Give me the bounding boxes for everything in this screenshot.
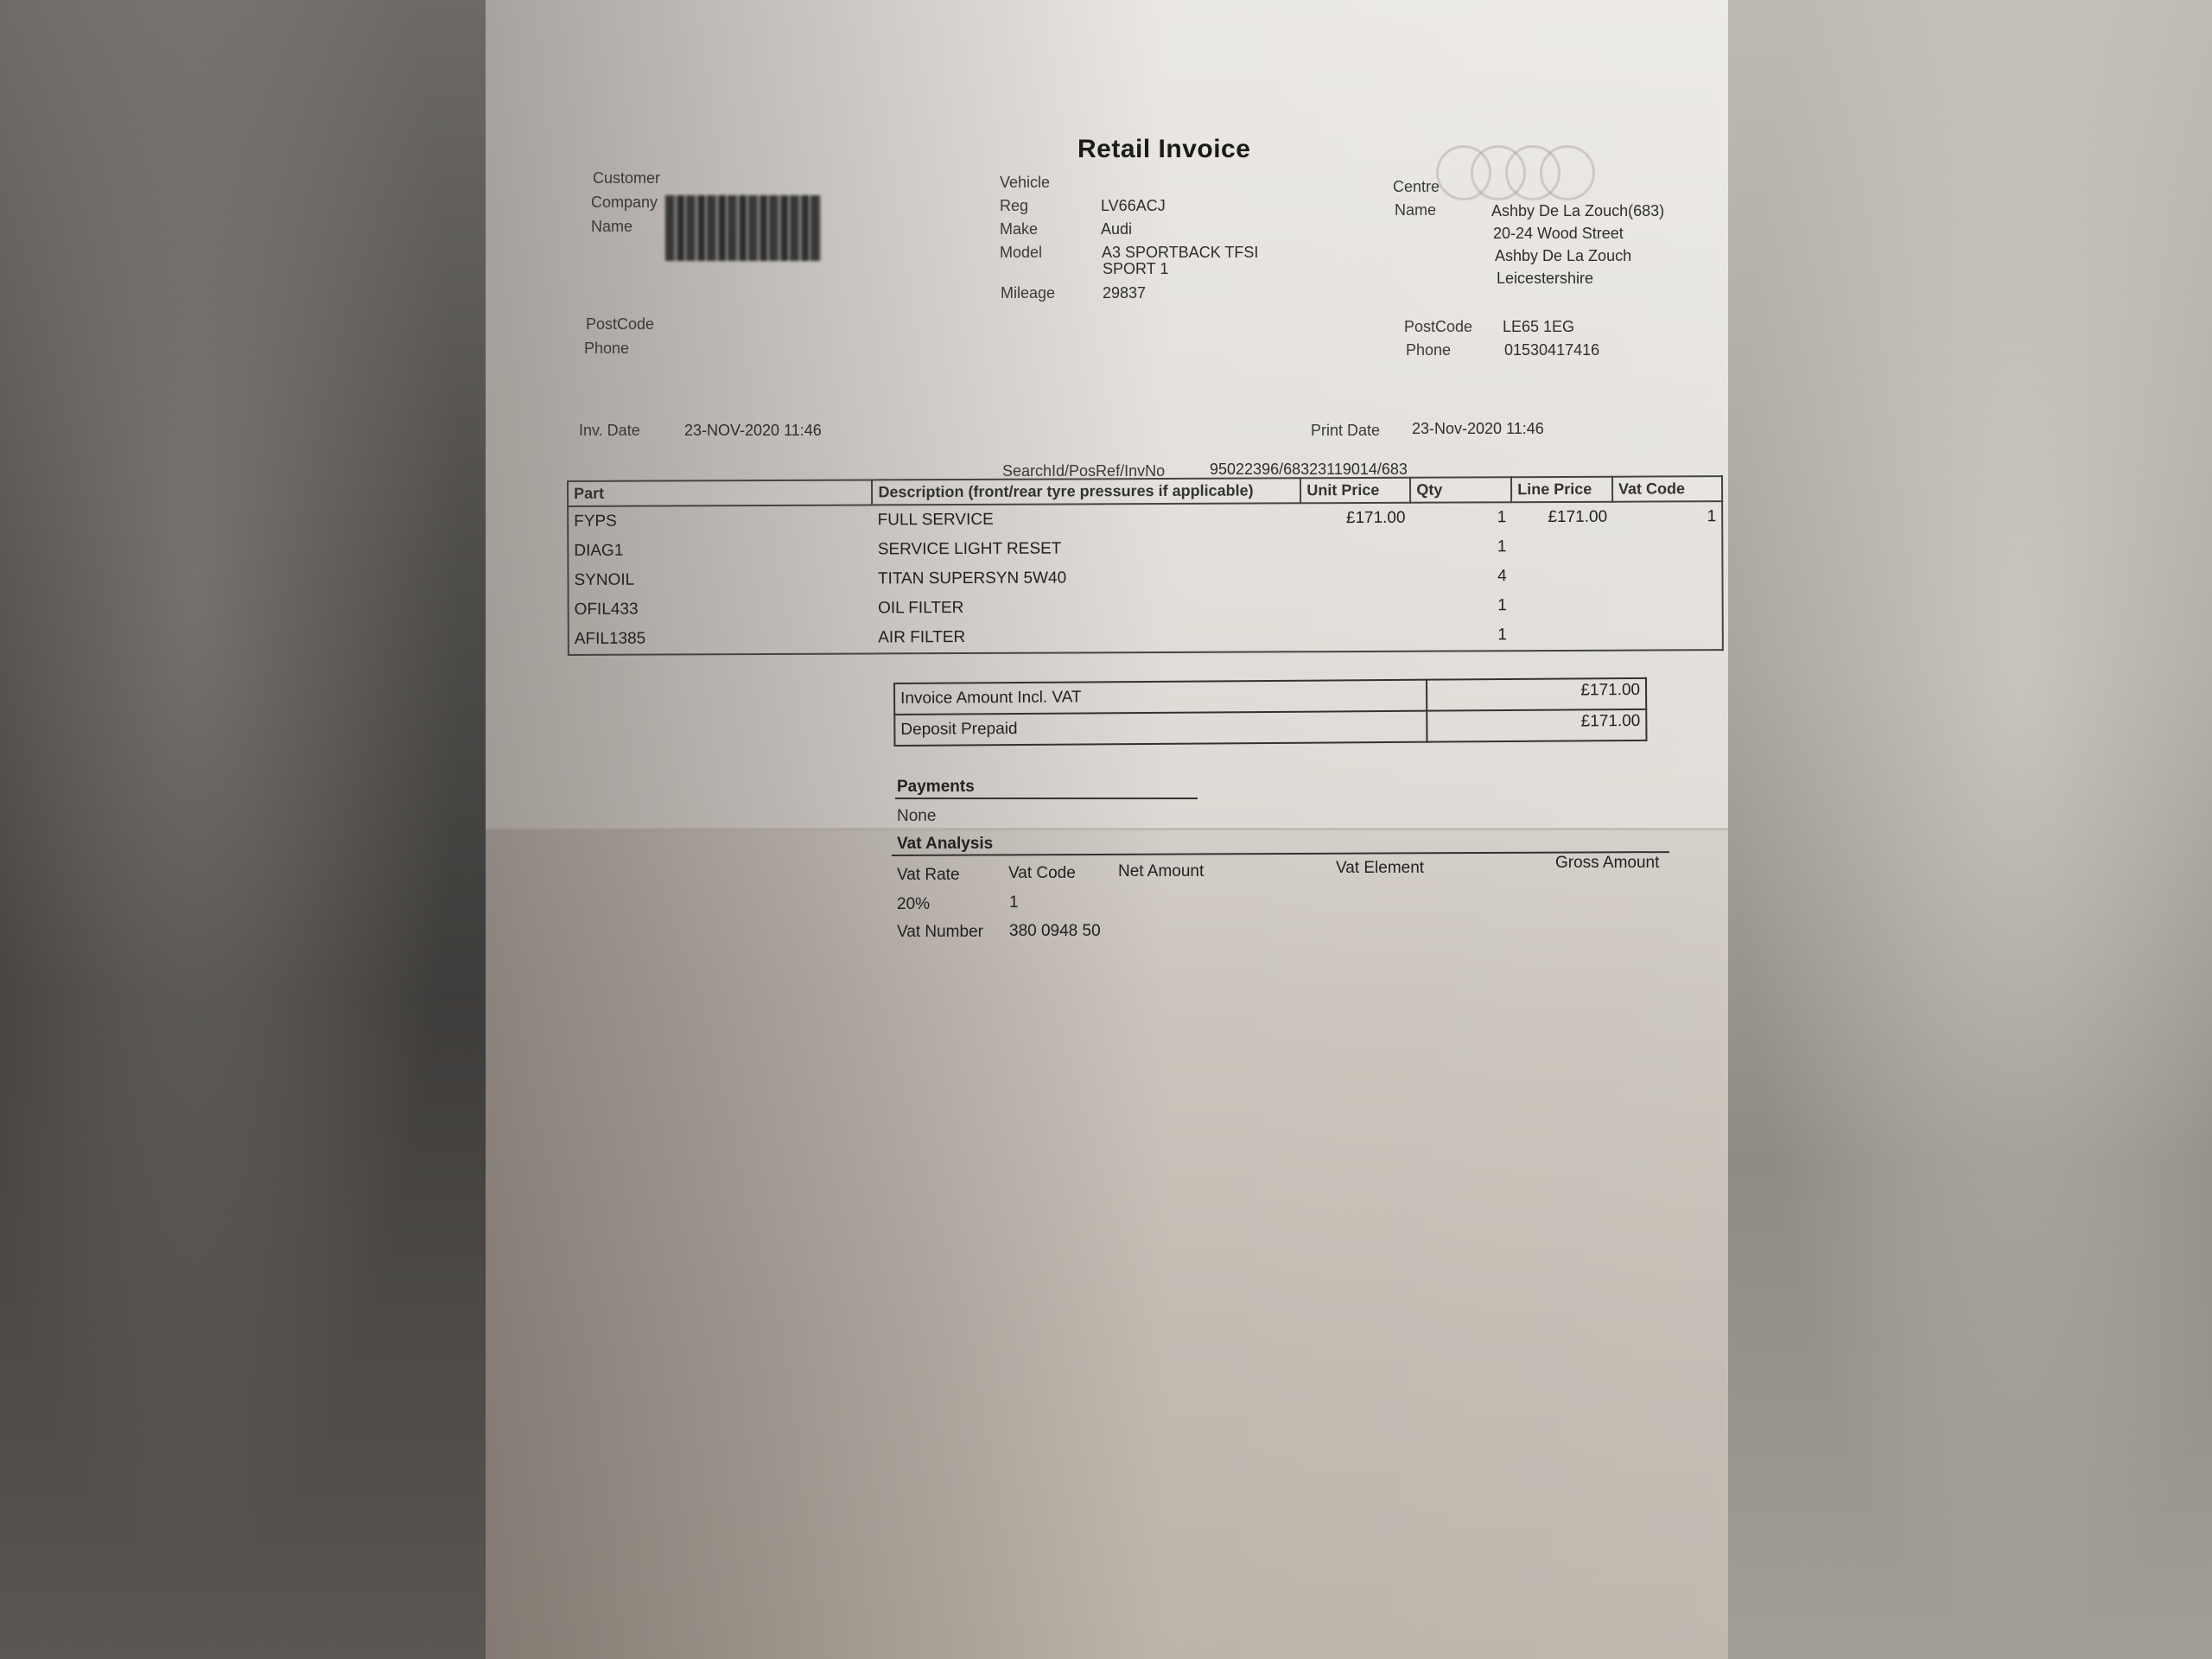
table-row: DIAG1 SERVICE LIGHT RESET 1 (568, 531, 1722, 566)
customer-name-label: Name (591, 218, 632, 236)
invoice-date-label: Inv. Date (579, 422, 640, 440)
centre-address-line2: Ashby De La Zouch (1495, 247, 1631, 265)
cell-qty: 4 (1411, 562, 1512, 592)
cell-part: AFIL1385 (569, 623, 874, 655)
cell-line-price (1512, 591, 1613, 621)
cell-vat-code (1613, 590, 1723, 620)
background-left (0, 0, 486, 1659)
cell-part: FYPS (568, 505, 873, 537)
invoice-items-table: Part Description (front/rear tyre pressu… (567, 475, 1724, 656)
vat-analysis-heading: Vat Analysis (897, 835, 993, 854)
customer-company-label: Company (591, 194, 658, 212)
vat-code-value: 1 (1009, 893, 1019, 912)
cell-qty: 1 (1411, 591, 1512, 621)
cell-description: TITAN SUPERSYN 5W40 (873, 563, 1301, 594)
payments-rule (895, 798, 1198, 799)
cell-vat-code (1612, 561, 1722, 591)
column-header-qty: Qty (1410, 477, 1511, 503)
invoice-totals-table: Invoice Amount Incl. VAT £171.00 Deposit… (893, 677, 1647, 747)
cell-qty: 1 (1411, 532, 1512, 563)
cell-line-price: £171.00 (1511, 502, 1612, 533)
invoice-amount-label: Invoice Amount Incl. VAT (894, 680, 1427, 715)
cell-unit-price: £171.00 (1300, 503, 1410, 534)
centre-phone-label: Phone (1406, 341, 1451, 359)
vehicle-model-value-line2: SPORT 1 (1103, 260, 1168, 278)
reference-value: 95022396/68323119014/683 (1210, 461, 1408, 479)
cell-vat-code: 1 (1612, 501, 1722, 532)
vehicle-make-value: Audi (1101, 220, 1132, 238)
cell-line-price (1512, 620, 1613, 652)
centre-address-line1: 20-24 Wood Street (1493, 225, 1624, 243)
cell-unit-price (1301, 563, 1411, 593)
deposit-label: Deposit Prepaid (894, 711, 1427, 746)
vehicle-reg-value: LV66ACJ (1101, 197, 1166, 215)
centre-section-label: Centre (1393, 178, 1440, 196)
vehicle-section-label: Vehicle (1000, 174, 1050, 192)
vehicle-mileage-label: Mileage (1001, 284, 1055, 302)
cell-part: SYNOIL (568, 564, 873, 595)
cell-unit-price (1301, 621, 1411, 652)
cell-description: AIR FILTER (873, 621, 1301, 653)
print-date-value: 23-Nov-2020 11:46 (1412, 420, 1544, 438)
vat-number-label: Vat Number (897, 923, 983, 942)
customer-name-redacted (665, 195, 821, 261)
vehicle-reg-label: Reg (1000, 197, 1028, 215)
cell-description: OIL FILTER (873, 592, 1301, 623)
cell-line-price (1511, 532, 1612, 563)
cell-description: SERVICE LIGHT RESET (873, 533, 1301, 564)
print-date-label: Print Date (1311, 422, 1380, 440)
column-header-vat-code: Vat Code (1612, 476, 1722, 502)
centre-name-label: Name (1395, 201, 1436, 219)
vat-column-rate: Vat Rate (897, 866, 960, 885)
column-header-description: Description (front/rear tyre pressures i… (872, 478, 1300, 505)
cell-vat-code (1612, 531, 1722, 562)
column-header-unit-price: Unit Price (1300, 478, 1410, 504)
deposit-value: £171.00 (1427, 709, 1646, 742)
centre-postcode-label: PostCode (1404, 318, 1472, 336)
vat-number-value: 380 0948 50 (1009, 922, 1101, 941)
vehicle-model-label: Model (1000, 244, 1042, 262)
vat-rate-value: 20% (897, 895, 930, 914)
cell-qty: 1 (1410, 502, 1511, 533)
cell-part: OFIL433 (569, 594, 874, 625)
centre-address-line3: Leicestershire (1497, 270, 1593, 288)
payments-heading: Payments (897, 778, 975, 797)
invoice-amount-row: Invoice Amount Incl. VAT £171.00 (894, 678, 1646, 715)
centre-name-value: Ashby De La Zouch(683) (1491, 202, 1664, 220)
column-header-part: Part (568, 480, 873, 506)
deposit-row: Deposit Prepaid £171.00 (894, 709, 1646, 746)
column-header-line-price: Line Price (1511, 477, 1612, 503)
customer-postcode-label: PostCode (586, 315, 654, 334)
customer-phone-label: Phone (584, 340, 629, 358)
cell-qty: 1 (1411, 620, 1512, 652)
vat-column-gross-amount: Gross Amount (1555, 854, 1659, 873)
vehicle-model-value-line1: A3 SPORTBACK TFSI (1102, 244, 1258, 262)
table-row: FYPS FULL SERVICE £171.00 1 £171.00 1 (568, 501, 1722, 537)
invoice-date-value: 23-NOV-2020 11:46 (684, 422, 822, 440)
cell-unit-price (1301, 592, 1411, 622)
invoice-amount-value: £171.00 (1427, 678, 1646, 711)
invoice-content: Retail Invoice Customer Company Name Pos… (486, 0, 1728, 1659)
audi-rings-logo-icon (1436, 145, 1609, 197)
vat-column-vat-element: Vat Element (1336, 859, 1424, 878)
vehicle-make-label: Make (1000, 220, 1038, 238)
centre-phone-value: 01530417416 (1504, 341, 1599, 359)
cell-description: FULL SERVICE (873, 503, 1301, 535)
vat-analysis-rule (892, 851, 1669, 856)
cell-unit-price (1301, 533, 1411, 563)
cell-vat-code (1613, 620, 1723, 651)
table-row: SYNOIL TITAN SUPERSYN 5W40 4 (568, 561, 1722, 595)
invoice-paper: Retail Invoice Customer Company Name Pos… (486, 0, 1728, 1659)
cell-part: DIAG1 (568, 535, 873, 566)
payments-value: None (897, 807, 936, 826)
vat-column-net-amount: Net Amount (1118, 862, 1204, 881)
customer-section-label: Customer (593, 169, 660, 188)
centre-postcode-value: LE65 1EG (1503, 318, 1574, 336)
cell-line-price (1512, 562, 1613, 592)
table-row: OFIL433 OIL FILTER 1 (569, 590, 1723, 625)
table-row: AFIL1385 AIR FILTER 1 (569, 620, 1723, 655)
background-right (1728, 0, 2212, 1659)
vehicle-mileage-value: 29837 (1103, 284, 1146, 302)
vat-column-code: Vat Code (1008, 864, 1076, 883)
invoice-title: Retail Invoice (1077, 135, 1250, 164)
